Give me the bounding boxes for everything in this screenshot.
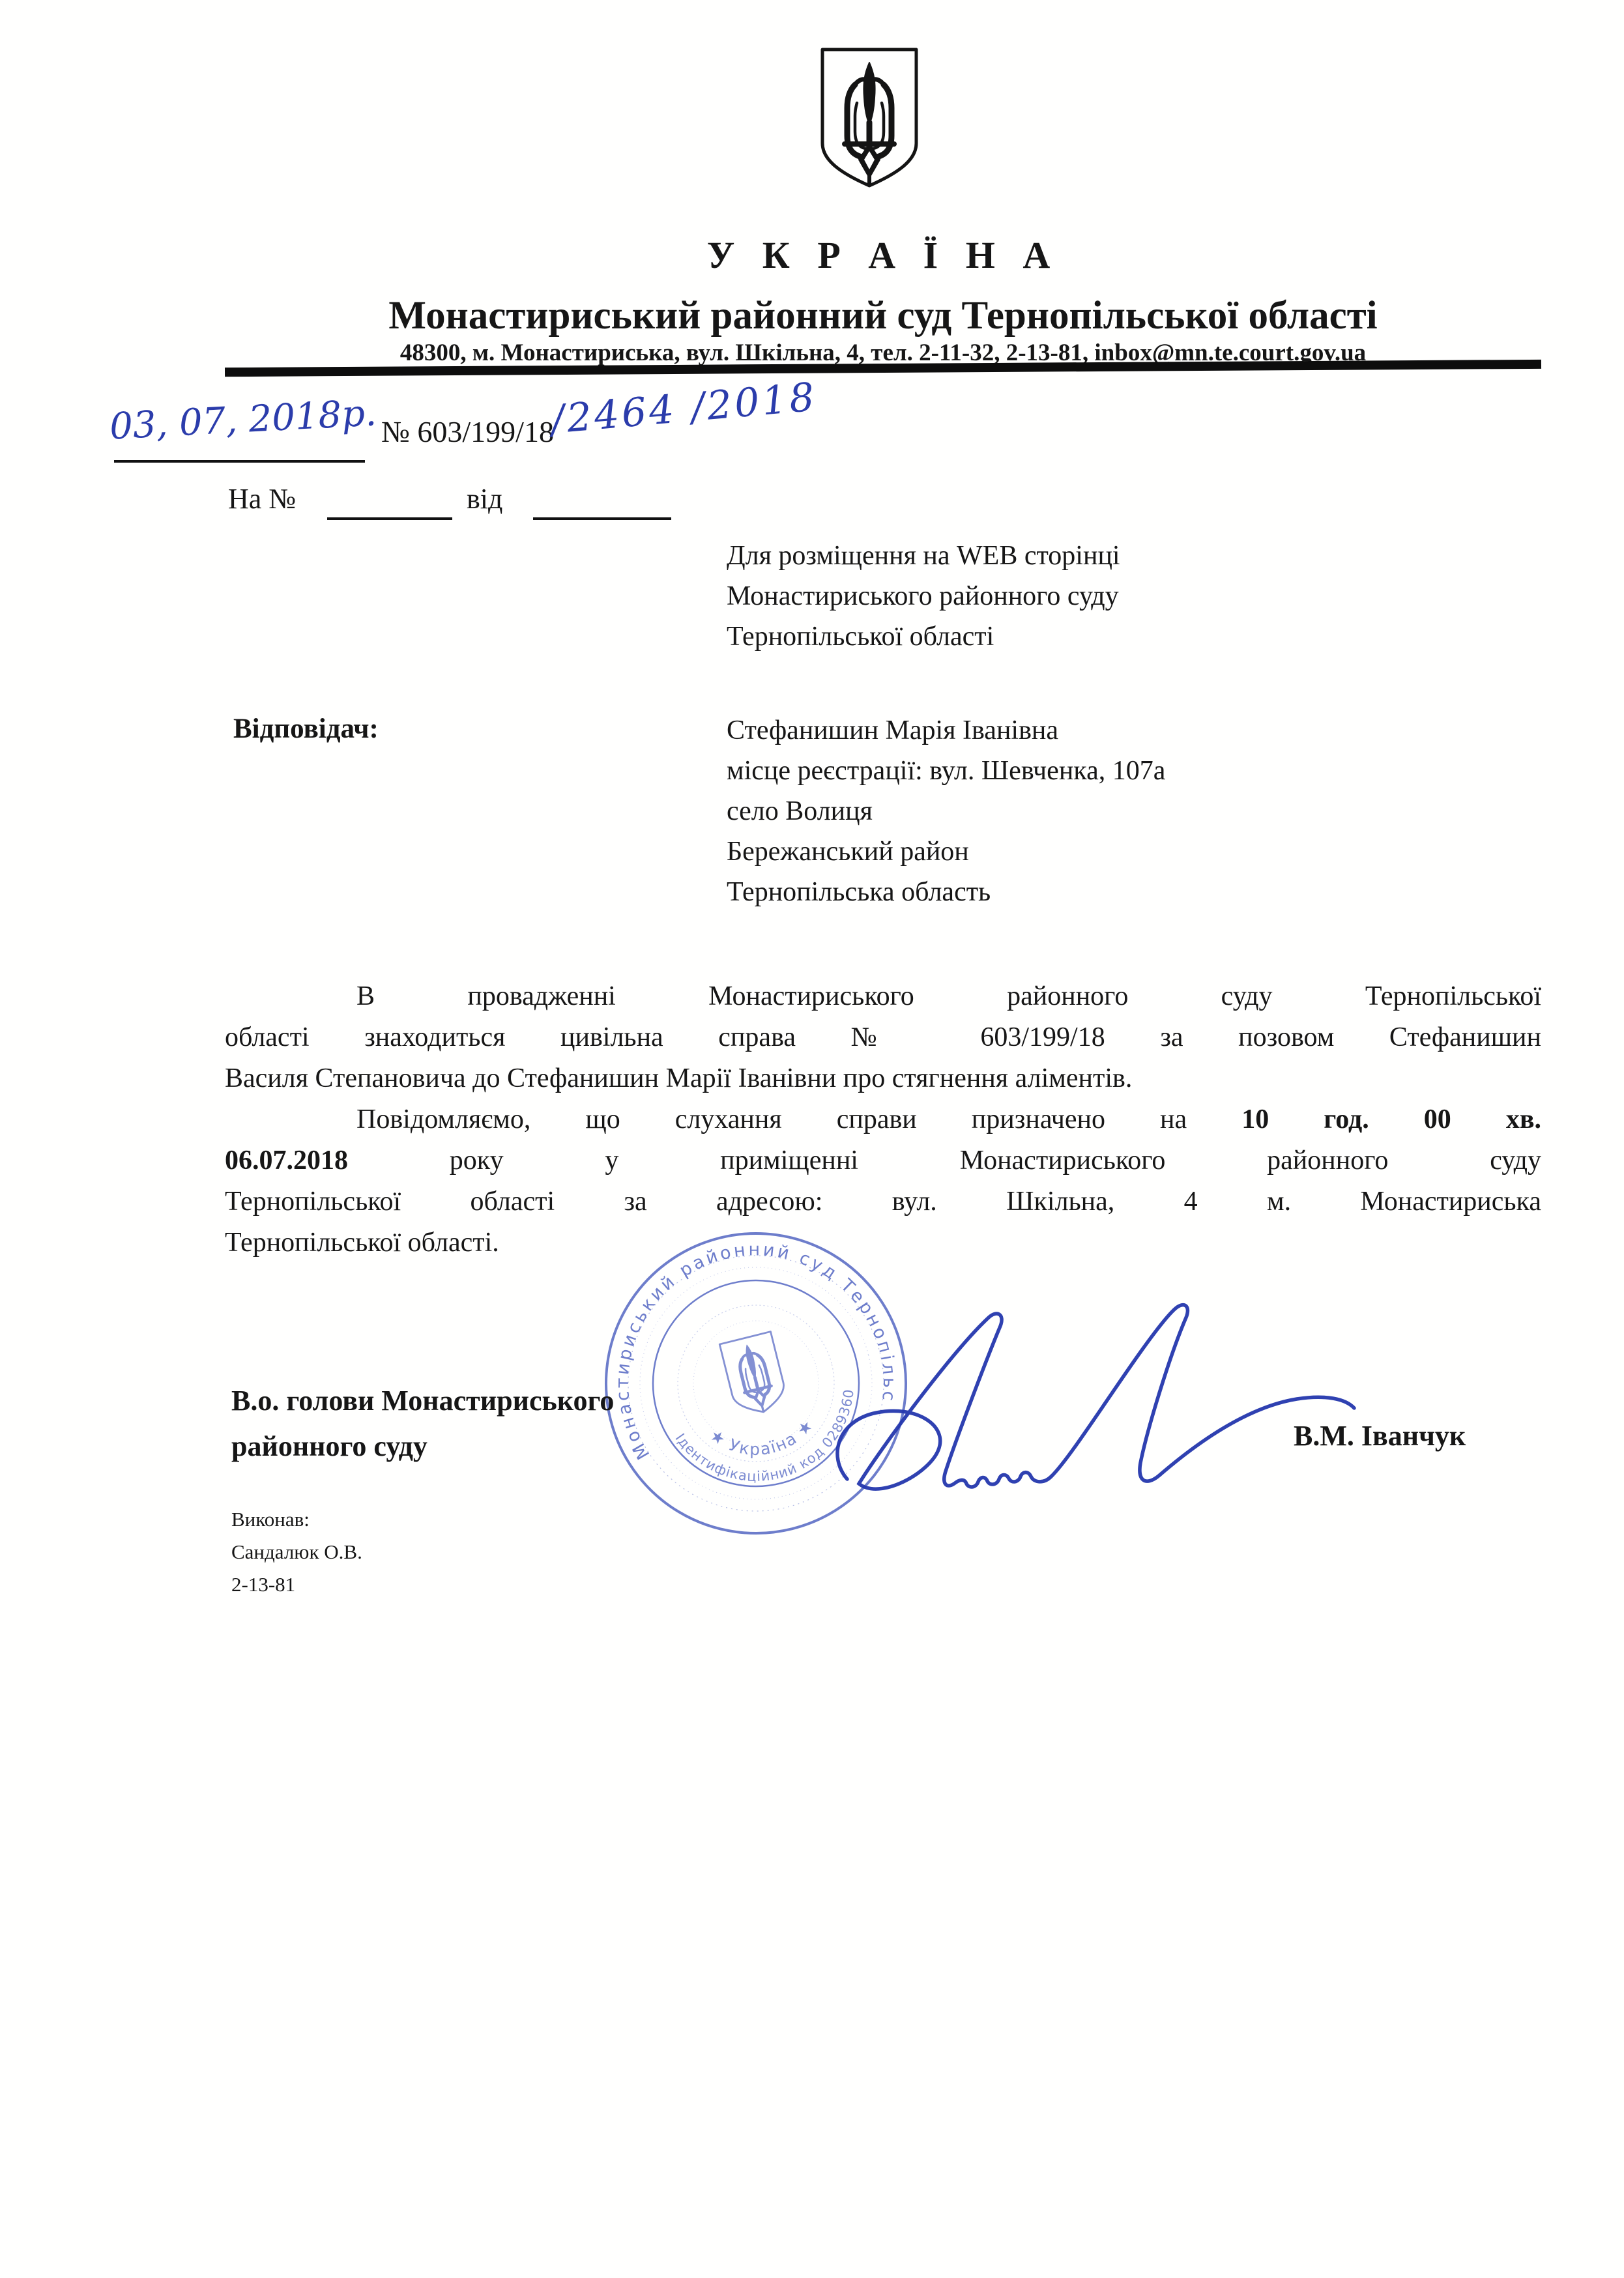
signer-title-line-1: В.о. голови Монастириського [231, 1384, 614, 1417]
respondent-line: Бережанський район [727, 831, 1476, 872]
incoming-from-underline [533, 517, 671, 520]
body-line: області знаходиться цивільна справа № 60… [225, 1017, 1541, 1058]
hearing-date: 06.07.2018 [225, 1146, 348, 1175]
executor-phone: 2-13-81 [231, 1573, 295, 1596]
respondent-label: Відповідач: [233, 713, 379, 745]
country-name: У К Р А Ї Н А [225, 233, 1541, 277]
respondent-line: місце реєстрації: вул. Шевченка, 107а [727, 751, 1476, 791]
executor-label: Виконав: [231, 1508, 310, 1531]
incoming-from-label: від [467, 482, 502, 515]
incoming-number-label: На № [228, 482, 296, 515]
respondent-line: Тернопільська область [727, 872, 1476, 912]
body-line: Повідомляємо, що слухання справи признач… [225, 1099, 1541, 1140]
scanned-court-letter: У К Р А Ї Н А Монастириський районний су… [0, 0, 1624, 2278]
court-name: Монастириський районний суд Тернопільськ… [225, 293, 1541, 339]
letter-body: В провадженні Монастириського районного … [225, 976, 1541, 1263]
judge-signature [802, 1254, 1395, 1541]
respondent-line: село Волиця [727, 791, 1476, 831]
incoming-number-underline [327, 517, 452, 520]
handwritten-case-suffix: /2464 /2018 [549, 374, 819, 442]
body-line: 06.07.2018 року у приміщенні Монастирись… [225, 1140, 1541, 1181]
ukraine-trident-emblem-icon [819, 46, 920, 192]
body-line: Тернопільської області за адресою: вул. … [225, 1181, 1541, 1222]
hearing-time: 10 год. 00 хв. [1241, 1104, 1541, 1134]
executor-name: Сандалюк О.В. [231, 1540, 362, 1564]
stamp-trident-icon [719, 1332, 789, 1419]
signer-name: В.М. Іванчук [1294, 1419, 1554, 1452]
addressee-block: Для розміщення на WEB сторінці Монастири… [727, 536, 1443, 657]
signer-title-line-2: районного суду [231, 1430, 428, 1463]
handwritten-date: 03, 07, 2018р. [109, 392, 378, 448]
respondent-line: Стефанишин Марія Іванівна [727, 710, 1476, 751]
addressee-line: Монастириського районного суду [727, 576, 1443, 616]
respondent-block: Стефанишин Марія Іванівна місце реєстрац… [727, 710, 1476, 912]
outgoing-number: № 603/199/18 [381, 414, 554, 449]
addressee-line: Тернопільської області [727, 616, 1443, 657]
body-line: Василя Степановича до Стефанишин Марії І… [225, 1058, 1541, 1099]
addressee-line: Для розміщення на WEB сторінці [727, 536, 1443, 576]
body-line: В провадженні Монастириського районного … [225, 976, 1541, 1017]
date-underline [114, 460, 365, 463]
